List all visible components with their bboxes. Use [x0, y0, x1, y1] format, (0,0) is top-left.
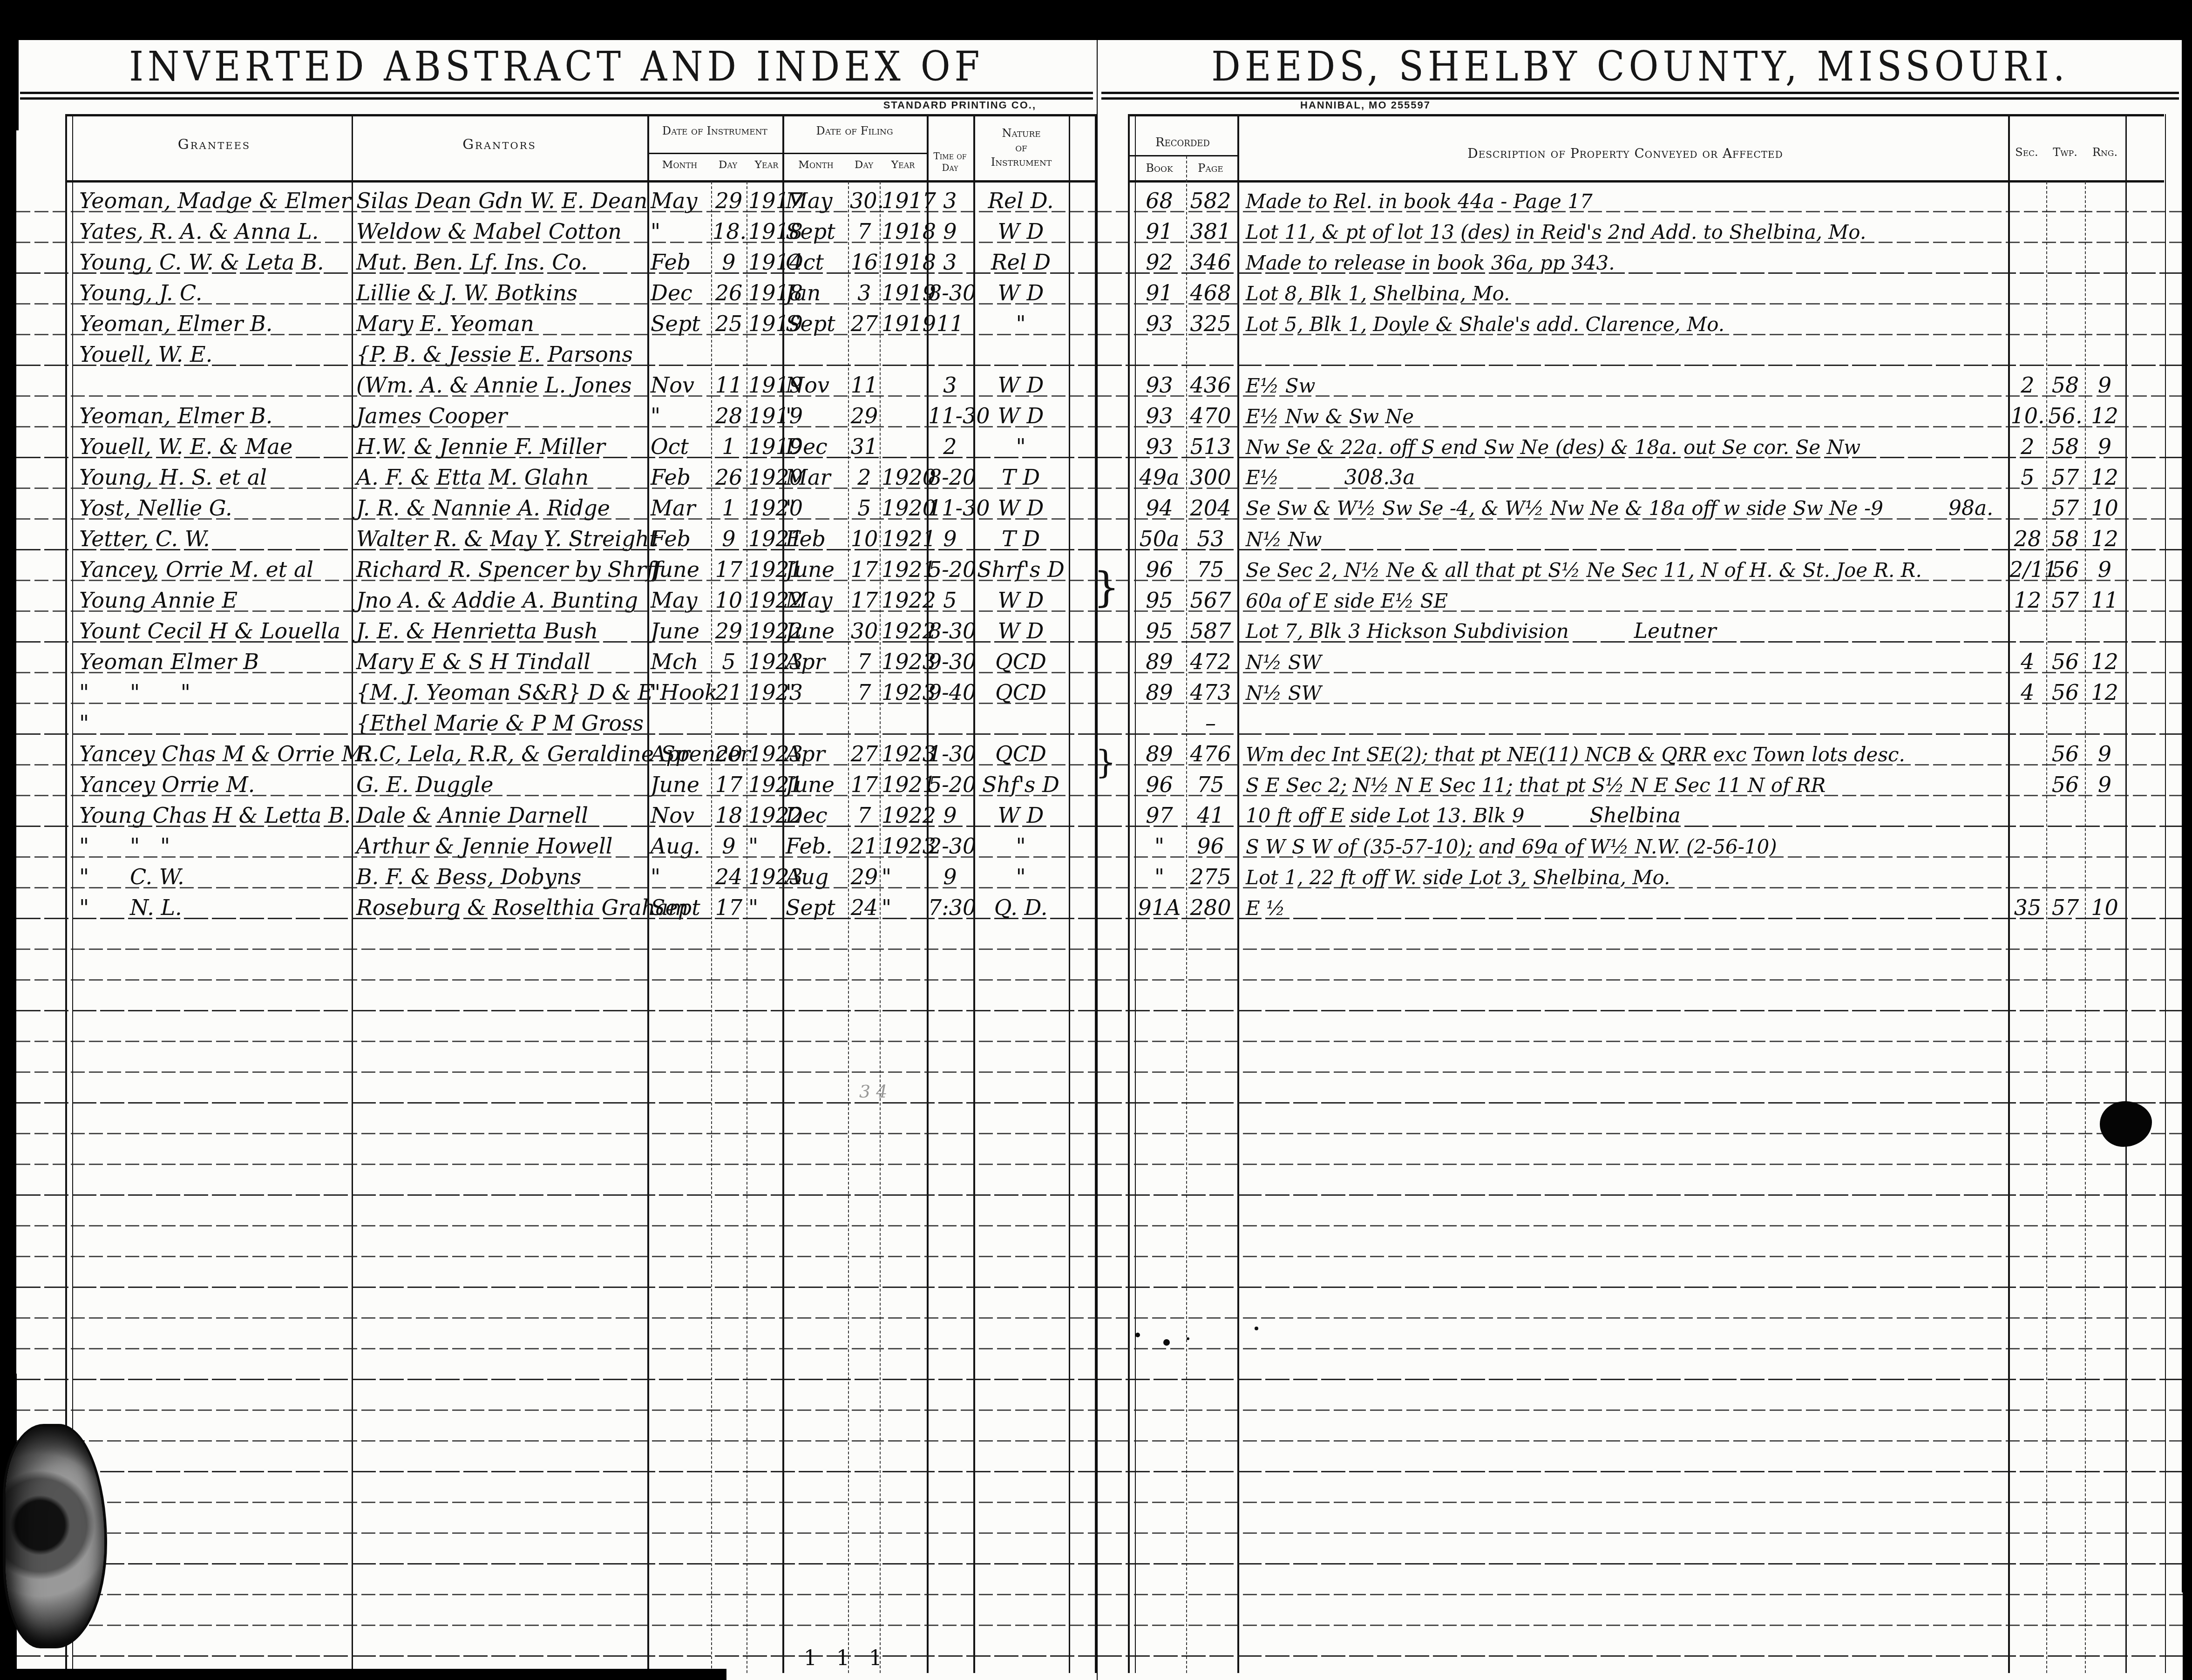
ledger-row: Young, C. W. & Leta B.Mut. Ben. Lf. Ins.… [16, 243, 1097, 274]
cell-file_year: 1919 [882, 313, 925, 334]
cell-page: – [1186, 712, 1235, 734]
cell-rng: 12 [2085, 682, 2124, 703]
ledger-row: Youell, W. E. & MaeH.W. & Jennie F. Mill… [16, 427, 1097, 458]
cell-file_day: 29 [850, 405, 879, 427]
printer-imprint: STANDARD PRINTING CO., [803, 99, 1036, 111]
double-rule [20, 92, 1093, 94]
cell-file_month: Aug [786, 866, 846, 887]
table-top-rule [65, 114, 1096, 116]
cell-grantor: H.W. & Jennie F. Miller [356, 436, 643, 457]
cell-inst_month: May [651, 190, 709, 211]
cell-page: 567 [1186, 589, 1235, 611]
ledger-row: Yost, Nellie G.J. R. & Nannie A. RidgeMa… [16, 489, 1097, 520]
cell-desc: Wm dec Int SE(2); that pt NE(11) NCB & Q… [1246, 745, 2005, 765]
cell-page: 346 [1186, 251, 1235, 273]
cell-file_day: 10 [850, 528, 879, 549]
scan-edge-left [0, 0, 19, 130]
cell-grantee: " C. W. [79, 866, 349, 887]
stray-marks: 1 1 1 [804, 1646, 889, 1670]
empty-ruled-row [1098, 1503, 2183, 1534]
cell-grantor: J. E. & Henrietta Bush [356, 620, 643, 642]
cell-desc: Se Sec 2, N½ Ne & all that pt S½ Ne Sec … [1246, 561, 2005, 580]
cell-grantor: B. F. & Bess, Dobyns [356, 866, 643, 887]
cell-rng: 9 [2085, 374, 2124, 396]
cell-file_year: 1923 [882, 835, 925, 857]
cell-file_year: 1923 [882, 743, 925, 765]
empty-ruled-row [1098, 950, 2183, 981]
cell-time: 9-30 [928, 651, 972, 672]
cell-inst_day: 1 [713, 497, 745, 519]
cell-grantor: Mary E & S H Tindall [356, 651, 643, 672]
cell-nature: W D [975, 620, 1067, 642]
col-header-date-of-filing: Date of Filing [782, 124, 927, 137]
cell-inst_day: 11 [713, 374, 745, 396]
cell-inst_month: Sept [651, 313, 709, 334]
empty-ruled-row [16, 1011, 1097, 1042]
col-header-inst-year: Year [747, 159, 787, 171]
cell-grantor: Walter R. & May Y. Streight [356, 528, 643, 549]
cell-sec: 35 [2009, 897, 2046, 918]
cell-twp: 56. [2047, 405, 2084, 427]
ledger-row: " N. L.Roseburg & Roselthia GrahamSept17… [16, 888, 1097, 919]
cell-inst_day: 17 [713, 559, 745, 580]
cell-twp: 58 [2047, 436, 2084, 457]
cell-sec: 2/11 [2009, 559, 2046, 580]
cell-file_day: 7 [850, 805, 879, 826]
empty-ruled-row [1098, 981, 2183, 1011]
cell-page: 204 [1186, 497, 1235, 519]
cell-sec: 4 [2009, 682, 2046, 703]
cell-twp: 56 [2047, 651, 2084, 672]
cell-rng: 12 [2085, 528, 2124, 549]
scan-edge-right [2182, 28, 2192, 1592]
ledger-row: 974110 ft off E side Lot 13. Blk 9Shelbi… [1098, 796, 2183, 827]
cell-page: 476 [1186, 743, 1235, 765]
ledger-row: 9675Se Sec 2, N½ Ne & all that pt S½ Ne … [1098, 550, 2183, 581]
cell-nature: W D [975, 497, 1067, 519]
cell-time: 5-20 [928, 774, 972, 795]
empty-ruled-row [16, 1565, 1097, 1595]
ledger-row: 93436E½ Sw2589 [1098, 366, 2183, 397]
cell-rng: 11 [2085, 589, 2124, 611]
cell-inst_year: 1918 [748, 282, 786, 304]
ledger-row [1098, 335, 2183, 366]
ledger-row: 9675S E Sec 2; N½ N E Sec 11; that pt S½… [1098, 765, 2183, 796]
col-header-file-month: Month [785, 159, 847, 171]
cell-rng: 12 [2085, 467, 2124, 488]
cell-desc: Lot 11, & pt of lot 13 (des) in Reid's 2… [1246, 223, 2005, 242]
ledger-row: 93513Nw Se & 22a. off S end Sw Ne (des) … [1098, 427, 2183, 458]
cell-grantee: Young, J. C. [79, 282, 349, 304]
cell-inst_month: Dec [651, 282, 709, 304]
cell-page: 472 [1186, 651, 1235, 672]
cell-desc: S E Sec 2; N½ N E Sec 11; that pt S½ N E… [1246, 776, 2005, 795]
cell-inst_year: 1923 [748, 651, 786, 672]
cell-book: 93 [1135, 313, 1184, 334]
cell-desc-note: Leutner [1634, 619, 1717, 643]
col-header-time-of-day: Time of Day [927, 150, 973, 174]
col-header-grantees: Grantees [79, 136, 349, 153]
cell-inst_year: " [748, 897, 786, 918]
cell-file_day: 30. [850, 190, 879, 211]
cell-nature: " [975, 436, 1067, 457]
cell-grantee: Yancey, Orrie M. et al [79, 559, 349, 580]
cell-sec: 10. [2009, 405, 2046, 427]
cell-grantee: Yount Cecil H & Louella [79, 620, 349, 642]
ledger-row: " C. W.B. F. & Bess, Dobyns"241923Aug29"… [16, 858, 1097, 888]
cell-book: 95 [1135, 620, 1184, 642]
empty-ruled-row [16, 1042, 1097, 1073]
cell-desc: Lot 8, Blk 1, Shelbina, Mo. [1246, 284, 2005, 304]
cell-inst_month: " [651, 405, 709, 427]
ledger-row: "275Lot 1, 22 ft off W. side Lot 3, Shel… [1098, 858, 2183, 888]
cell-file_year: 1923 [882, 682, 925, 703]
recorded-divider [1128, 155, 1237, 156]
cell-book: " [1135, 835, 1184, 857]
cell-page: 275 [1186, 866, 1235, 887]
cell-twp: 58 [2047, 374, 2084, 396]
cell-inst_year: 1919 [748, 436, 786, 457]
empty-ruled-row [1098, 919, 2183, 950]
cell-file_year: 1918 [882, 251, 925, 273]
cell-time: 2-30 [928, 835, 972, 857]
cell-rng: 12 [2085, 405, 2124, 427]
cell-inst_day: 10 [713, 589, 745, 611]
empty-ruled-row [1098, 1534, 2183, 1565]
empty-ruled-row [16, 1073, 1097, 1104]
empty-ruled-row [1098, 1042, 2183, 1073]
cell-inst_day: 29 [713, 620, 745, 642]
cell-grantee: Yost, Nellie G. [79, 497, 349, 519]
cell-inst_year: 1920 [748, 467, 786, 488]
cell-inst_year: 1921 [748, 559, 786, 580]
cell-file_day: 24 [850, 897, 879, 918]
cell-inst_month: Nov [651, 805, 709, 826]
empty-ruled-row [16, 1411, 1097, 1442]
cell-inst_year: 1921 [748, 528, 786, 549]
cell-page: 41 [1186, 805, 1235, 826]
col-header-sec: Sec. [2006, 146, 2048, 159]
cell-inst_day: 9 [713, 528, 745, 549]
cell-twp: 56 [2047, 682, 2084, 703]
cell-grantee: Yancey Orrie M. [79, 774, 349, 795]
cell-file_month: Apr [786, 651, 846, 672]
date-group-divider [647, 153, 927, 154]
cell-file_year: 1923 [882, 651, 925, 672]
cell-desc: 60a of E side E½ SE [1246, 591, 2005, 611]
ledger-row: 50a53N½ Nw285812 [1098, 520, 2183, 550]
empty-ruled-row [1098, 1595, 2183, 1626]
pencil-marks: 3 4 [859, 1081, 887, 1102]
cell-nature: " [975, 866, 1067, 887]
cell-twp: 57 [2047, 467, 2084, 488]
cell-inst_day: 17 [713, 897, 745, 918]
cell-inst_month: " [651, 221, 709, 242]
cell-inst_day: 18 [713, 805, 745, 826]
cell-inst_day: 24 [713, 866, 745, 887]
cell-file_day: 7 [850, 221, 879, 242]
cell-file_year: 1919 [882, 282, 925, 304]
cell-file_day: 17 [850, 774, 879, 795]
cell-time: 8-30 [928, 282, 972, 304]
cell-rng: 9 [2085, 436, 2124, 457]
ledger-row: 68582Made to Rel. in book 44a - Page 17 [1098, 182, 2183, 212]
cell-file_day: 27 [850, 743, 879, 765]
empty-ruled-row [1098, 1257, 2183, 1288]
ledger-row: Yates, R. A. & Anna L.Weldow & Mabel Cot… [16, 212, 1097, 243]
cell-book: 50a [1135, 528, 1184, 549]
cell-file_year: 1918 [882, 221, 925, 242]
ledger-row: Yancey, Orrie M. et alRichard R. Spencer… [16, 550, 1097, 581]
cell-file_day: 7 [850, 682, 879, 703]
cell-time: 7:30 [928, 897, 972, 918]
cell-grantor: (Wm. A. & Annie L. Jones [356, 374, 643, 396]
cell-file_day: 29 [850, 866, 879, 887]
cell-rng: 12 [2085, 651, 2124, 672]
cell-inst_month: " [651, 866, 709, 887]
cell-desc: Lot 7, Blk 3 Hickson SubdivisionLeutner [1246, 621, 2005, 642]
cell-grantor: Dale & Annie Darnell [356, 805, 643, 826]
cell-inst_month: Feb [651, 467, 709, 488]
cell-grantee: " [79, 712, 349, 734]
cell-page: 300 [1186, 467, 1235, 488]
cell-desc: N½ Nw [1246, 530, 2005, 549]
cell-page: 473 [1186, 682, 1235, 703]
col-header-date-of-instrument: Date of Instrument [647, 124, 782, 137]
cell-nature: W D [975, 374, 1067, 396]
cell-nature: Rel D [975, 251, 1067, 273]
col-header-grantors: Grantors [356, 136, 643, 153]
right-page-title: DEEDS, SHELBY COUNTY, MISSOURI. [1098, 44, 2183, 91]
cell-inst_day: 29 [713, 190, 745, 211]
cell-desc: 10 ft off E side Lot 13. Blk 9Shelbina [1246, 806, 2005, 826]
cell-inst_year: 1919 [748, 313, 786, 334]
empty-ruled-row [1098, 1472, 2183, 1503]
cell-desc: Made to release in book 36a, pp 343. [1246, 253, 2005, 273]
left-page-title: INVERTED ABSTRACT AND INDEX OF [16, 44, 1097, 91]
ledger-row: 91381Lot 11, & pt of lot 13 (des) in Rei… [1098, 212, 2183, 243]
cell-twp: 57 [2047, 897, 2084, 918]
cell-file_month: Sept [786, 221, 846, 242]
cell-grantor: R.C, Lela, R.R, & Geraldine Spencer [356, 743, 643, 765]
cell-inst_year: " [748, 835, 786, 857]
ledger-row: Youell, W. E.{P. B. & Jessie E. Parsons [16, 335, 1097, 366]
cell-twp: 57 [2047, 497, 2084, 519]
cell-grantor: Richard R. Spencer by Shrff [356, 559, 643, 580]
cell-grantee: Yeoman, Elmer B. [79, 405, 349, 427]
cell-sec: 28 [2009, 528, 2046, 549]
cell-desc: E½ Nw & Sw Ne [1246, 407, 2005, 427]
cell-grantee: Youell, W. E. & Mae [79, 436, 349, 457]
cell-rng: 10 [2085, 497, 2124, 519]
cell-file_day: 5 [850, 497, 879, 519]
cell-file_year: 1921 [882, 774, 925, 795]
cell-grantor: {P. B. & Jessie E. Parsons [356, 344, 643, 365]
col-header-twp: Twp. [2045, 146, 2085, 159]
cell-grantor: Lillie & J. W. Botkins [356, 282, 643, 304]
cell-desc-note: Shelbina [1589, 804, 1680, 827]
cell-file_month: Oct [786, 251, 846, 273]
cell-grantee: Yates, R. A. & Anna L. [79, 221, 349, 242]
ledger-row: 92346Made to release in book 36a, pp 343… [1098, 243, 2183, 274]
cell-inst_day: 28 [713, 405, 745, 427]
cell-file_month: Jan [786, 282, 846, 304]
cell-file_day: 21 [850, 835, 879, 857]
ledger-row: – [1098, 704, 2183, 735]
cell-desc: Lot 1, 22 ft off W. side Lot 3, Shelbina… [1246, 868, 2005, 887]
cell-inst_day: 26 [713, 282, 745, 304]
cell-inst_day: 1 [713, 436, 745, 457]
cell-nature: " [975, 313, 1067, 334]
left-page: INVERTED ABSTRACT AND INDEX OF STANDARD … [16, 40, 1097, 1680]
ledger-row: 94204Se Sw & W½ Sw Se -4, & W½ Nw Ne & 1… [1098, 489, 2183, 520]
empty-ruled-row [16, 919, 1097, 950]
cell-page: 280 [1186, 897, 1235, 918]
cell-time: 9 [928, 221, 972, 242]
cell-file_month: Dec [786, 805, 846, 826]
cell-desc: Lot 5, Blk 1, Doyle & Shale's add. Clare… [1246, 315, 2005, 334]
cell-page: 470 [1186, 405, 1235, 427]
cell-file_month: June [786, 620, 846, 642]
cell-page: 513 [1186, 436, 1235, 457]
empty-ruled-row [16, 1288, 1097, 1319]
col-header-book: Book [1135, 162, 1184, 175]
cell-file_day: 16 [850, 251, 879, 273]
empty-ruled-row [1098, 1011, 2183, 1042]
cell-page: 582 [1186, 190, 1235, 211]
ledger-row: 91468Lot 8, Blk 1, Shelbina, Mo. [1098, 274, 2183, 305]
nature-line: of [975, 141, 1068, 155]
cell-grantee: Youell, W. E. [79, 344, 349, 365]
cell-file_day: 31 [850, 436, 879, 457]
empty-ruled-row [1098, 1349, 2183, 1380]
cell-time: 11-30 [928, 497, 972, 519]
cell-file_month: June [786, 774, 846, 795]
cell-rng: 9 [2085, 774, 2124, 795]
ledger-row: 93325Lot 5, Blk 1, Doyle & Shale's add. … [1098, 305, 2183, 335]
cell-file_month: May [786, 589, 846, 611]
cell-inst_day: 9 [713, 251, 745, 273]
cell-grantor: A. F. & Etta M. Glahn [356, 467, 643, 488]
col-header-nature: Nature of Instrument [975, 126, 1068, 170]
cell-book: 93 [1135, 405, 1184, 427]
empty-ruled-row [16, 1226, 1097, 1257]
printer-imprint: HANNIBAL, MO 255597 [1300, 99, 1431, 111]
right-page: DEEDS, SHELBY COUNTY, MISSOURI. HANNIBAL… [1098, 40, 2183, 1680]
empty-ruled-row [16, 1472, 1097, 1503]
cell-book: 49a [1135, 467, 1184, 488]
empty-ruled-row [16, 1503, 1097, 1534]
cell-inst_year: 1919 [748, 405, 786, 427]
empty-ruled-row [1098, 1626, 2183, 1657]
ledger-scan: INVERTED ABSTRACT AND INDEX OF STANDARD … [0, 0, 2192, 1680]
cell-desc: N½ SW [1246, 653, 2005, 672]
cell-inst_month: Nov [651, 374, 709, 396]
cell-file_year: 1921 [882, 528, 925, 549]
cell-file_month: " [786, 405, 846, 427]
cell-nature: W D [975, 405, 1067, 427]
cell-file_day: 17 [850, 559, 879, 580]
ledger-row: 89476Wm dec Int SE(2); that pt NE(11) NC… [1098, 735, 2183, 765]
cell-inst_year: 1922 [748, 620, 786, 642]
cell-sec: 5 [2009, 467, 2046, 488]
empty-ruled-row [16, 1595, 1097, 1626]
cell-inst_year: 1923 [748, 743, 786, 765]
cell-page: 381 [1186, 221, 1235, 242]
cell-grantor: J. R. & Nannie A. Ridge [356, 497, 643, 519]
cell-time: 5-20 [928, 559, 972, 580]
double-rule [1101, 92, 2179, 94]
cell-time: 3 [928, 374, 972, 396]
cell-grantee: Young Annie E [79, 589, 349, 611]
ledger-row: 95587Lot 7, Blk 3 Hickson SubdivisionLeu… [1098, 612, 2183, 643]
cell-rng: 10 [2085, 897, 2124, 918]
cell-grantor: Weldow & Mabel Cotton [356, 221, 643, 242]
empty-ruled-row [16, 1626, 1097, 1657]
cell-file_month: Sept [786, 897, 846, 918]
cell-nature: T D [975, 467, 1067, 488]
cell-inst_year: 1919 [748, 374, 786, 396]
cell-desc-note: 308.3a [1344, 466, 1415, 489]
nature-line: Nature [975, 126, 1068, 141]
cell-nature: Shf's D [975, 774, 1067, 795]
cell-nature: T D [975, 528, 1067, 549]
cell-sec: 4 [2009, 651, 2046, 672]
nature-line: Instrument [975, 155, 1068, 169]
cell-twp: 56 [2047, 743, 2084, 765]
cell-grantor: James Cooper [356, 405, 643, 427]
cell-grantee: Yetter, C. W. [79, 528, 349, 549]
cell-page: 468 [1186, 282, 1235, 304]
empty-ruled-row [1098, 1165, 2183, 1196]
empty-ruled-row [1098, 1565, 2183, 1595]
cell-inst_month: Feb [651, 528, 709, 549]
cell-book: 91A [1135, 897, 1184, 918]
cell-file_month: Sept [786, 313, 846, 334]
cell-inst_day: 17 [713, 774, 745, 795]
cell-desc: E½ Sw [1246, 376, 2005, 396]
cell-file_day: 3 [850, 282, 879, 304]
cell-book: " [1135, 866, 1184, 887]
empty-ruled-row [1098, 1288, 2183, 1319]
cell-inst_year: 1920 [748, 497, 786, 519]
corner-stain [3, 1424, 107, 1648]
cell-desc: S W S W of (35-57-10); and 69a of W½ N.W… [1246, 837, 2005, 857]
empty-ruled-row [1098, 1442, 2183, 1472]
col-header-rng: Rng. [2084, 146, 2126, 159]
cell-inst_year: 1918 [748, 221, 786, 242]
ledger-row: 93470E½ Nw & Sw Ne10.56.12 [1098, 397, 2183, 427]
empty-ruled-row [1098, 1226, 2183, 1257]
cell-inst_day: 18. [713, 221, 745, 242]
cell-grantee: Young Chas H & Letta B. [79, 805, 349, 826]
empty-ruled-row [16, 1534, 1097, 1565]
cell-nature: " [975, 835, 1067, 857]
empty-ruled-row [1098, 1380, 2183, 1411]
empty-ruled-row [16, 950, 1097, 981]
cell-nature: QCD [975, 682, 1067, 703]
ledger-row: 9556760a of E side E½ SE125711 [1098, 581, 2183, 612]
cell-inst_year: 1923 [748, 682, 786, 703]
cell-inst_year: 1914 [748, 251, 786, 273]
cell-file_year: " [882, 866, 925, 887]
scan-edge-top [0, 0, 2192, 40]
col-header-inst-month: Month [651, 159, 709, 171]
cell-time: 1-30 [928, 743, 972, 765]
cell-book: 96 [1135, 774, 1184, 795]
cell-grantee: " " " [79, 835, 349, 857]
cell-time: 8-20 [928, 467, 972, 488]
